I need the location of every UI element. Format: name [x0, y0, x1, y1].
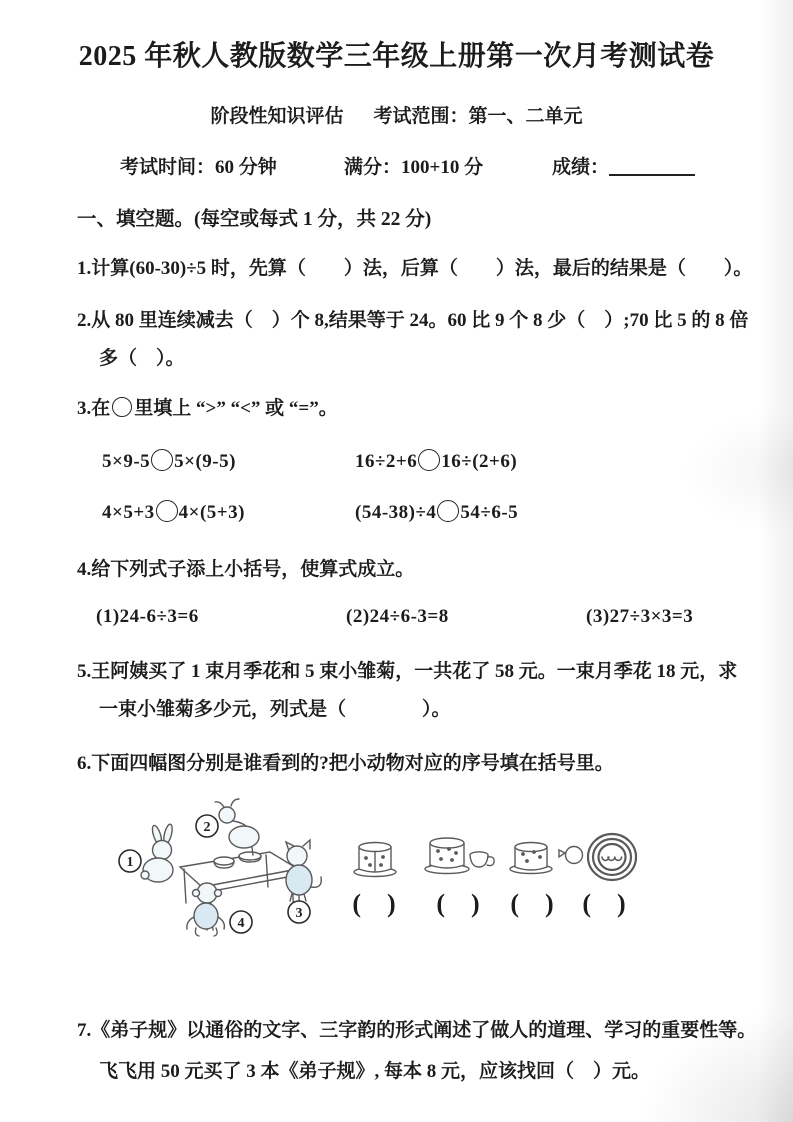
- question-4-item-3: (3)27÷3×3=3: [586, 606, 693, 628]
- question-7-line-2: 飞飞用 50 元买了 3 本《弟子规》, 每本 8 元，应该找回（ ）元。: [99, 1056, 650, 1083]
- score-blank-line: [609, 174, 695, 176]
- full-score-label: 满分：100+10 分: [344, 152, 483, 179]
- comparison-circle-icon: [437, 500, 459, 522]
- expression-left: 5×9-5: [102, 451, 150, 472]
- exam-time-label: 考试时间：60 分钟: [120, 152, 277, 179]
- comparison-circle-icon: [151, 449, 173, 471]
- expression-right: 54÷6-5: [460, 502, 518, 523]
- exam-subtitle: 阶段性知识评估考试范围：第一、二单元: [0, 101, 793, 128]
- expression-left: (54-38)÷4: [355, 502, 436, 523]
- cake-on-table-icon: [239, 852, 261, 862]
- score-label: 成绩：: [552, 152, 609, 179]
- expression-left: 16÷2+6: [355, 451, 417, 472]
- goat-icon: [215, 799, 259, 855]
- question-6-illustration: 1 2 3 4: [100, 795, 745, 945]
- expression-left: 4×5+3: [102, 502, 155, 523]
- teacup-icon: [470, 852, 494, 867]
- question-3-heading: 3.在里填上 “>” “<” 或 “=”。: [77, 393, 338, 420]
- view-3-image: [510, 843, 552, 874]
- question-2-line-1: 2.从 80 里连续减去（ ）个 8,结果等于 24。60 比 9 个 8 少（…: [77, 305, 748, 332]
- assessment-type-label: 阶段性知识评估: [210, 106, 343, 127]
- question-2-line-2: 多（ ）。: [99, 343, 185, 370]
- answer-blank-3: ( ): [510, 889, 553, 918]
- rabbit-icon: [141, 823, 174, 882]
- view-1-image: [354, 843, 396, 877]
- cat-icon: [286, 840, 321, 901]
- comparison-item: 4×5+34×(5+3): [102, 500, 245, 524]
- question-4-item-2: (2)24÷6-3=8: [346, 606, 449, 628]
- animal-marker-2: 2: [204, 820, 211, 835]
- question-3-prefix: 3.在: [77, 398, 110, 419]
- fill-circle-icon: [112, 397, 132, 417]
- question-4-heading: 4.给下列式子添上小括号，使算式成立。: [77, 554, 414, 581]
- teapot-top-icon: [559, 847, 583, 864]
- animal-marker-4: 4: [238, 916, 245, 931]
- answer-blank-1: ( ): [352, 889, 395, 918]
- expression-right: 16÷(2+6): [441, 451, 517, 472]
- animal-marker-3: 3: [296, 906, 303, 921]
- comparison-item: 16÷2+616÷(2+6): [355, 449, 517, 473]
- question-5-line-2: 一束小雏菊多少元，列式是（ ）。: [99, 694, 451, 721]
- exam-scope-label: 考试范围：第一、二单元: [374, 106, 583, 127]
- page-title: 2025 年秋人教版数学三年级上册第一次月考测试卷: [0, 34, 793, 74]
- expression-right: 4×(5+3): [179, 502, 245, 523]
- answer-blank-2: ( ): [436, 889, 479, 918]
- monkey-icon: [187, 883, 225, 936]
- question-7-line-1: 7.《弟子规》以通俗的文字、三字韵的形式阐述了做人的道理、学习的重要性等。: [77, 1015, 756, 1042]
- plate-top-icon: [588, 834, 636, 880]
- comparison-item: (54-38)÷454÷6-5: [355, 500, 518, 524]
- view-2-image: [425, 838, 494, 874]
- comparison-circle-icon: [156, 500, 178, 522]
- test-paper-page: 2025 年秋人教版数学三年级上册第一次月考测试卷 阶段性知识评估考试范围：第一…: [0, 0, 793, 1122]
- question-6-heading: 6.下面四幅图分别是谁看到的?把小动物对应的序号填在括号里。: [77, 748, 614, 775]
- comparison-circle-icon: [418, 449, 440, 471]
- question-4-item-1: (1)24-6÷3=6: [96, 606, 199, 628]
- expression-right: 5×(9-5): [174, 451, 236, 472]
- section-1-heading: 一、填空题。(每空或每式 1 分，共 22 分): [77, 203, 431, 231]
- animal-marker-1: 1: [127, 855, 134, 870]
- comparison-item: 5×9-55×(9-5): [102, 449, 236, 473]
- question-3-suffix: 里填上 “>” “<” 或 “=”。: [134, 398, 337, 419]
- question-5-line-1: 5.王阿姨买了 1 束月季花和 5 束小雏菊，一共花了 58 元。一束月季花 1…: [77, 656, 737, 683]
- question-1: 1.计算(60-30)÷5 时，先算（ ）法，后算（ ）法，最后的结果是（ ）。: [77, 253, 752, 280]
- view-4-image: [559, 834, 636, 880]
- answer-blank-4: ( ): [582, 889, 625, 918]
